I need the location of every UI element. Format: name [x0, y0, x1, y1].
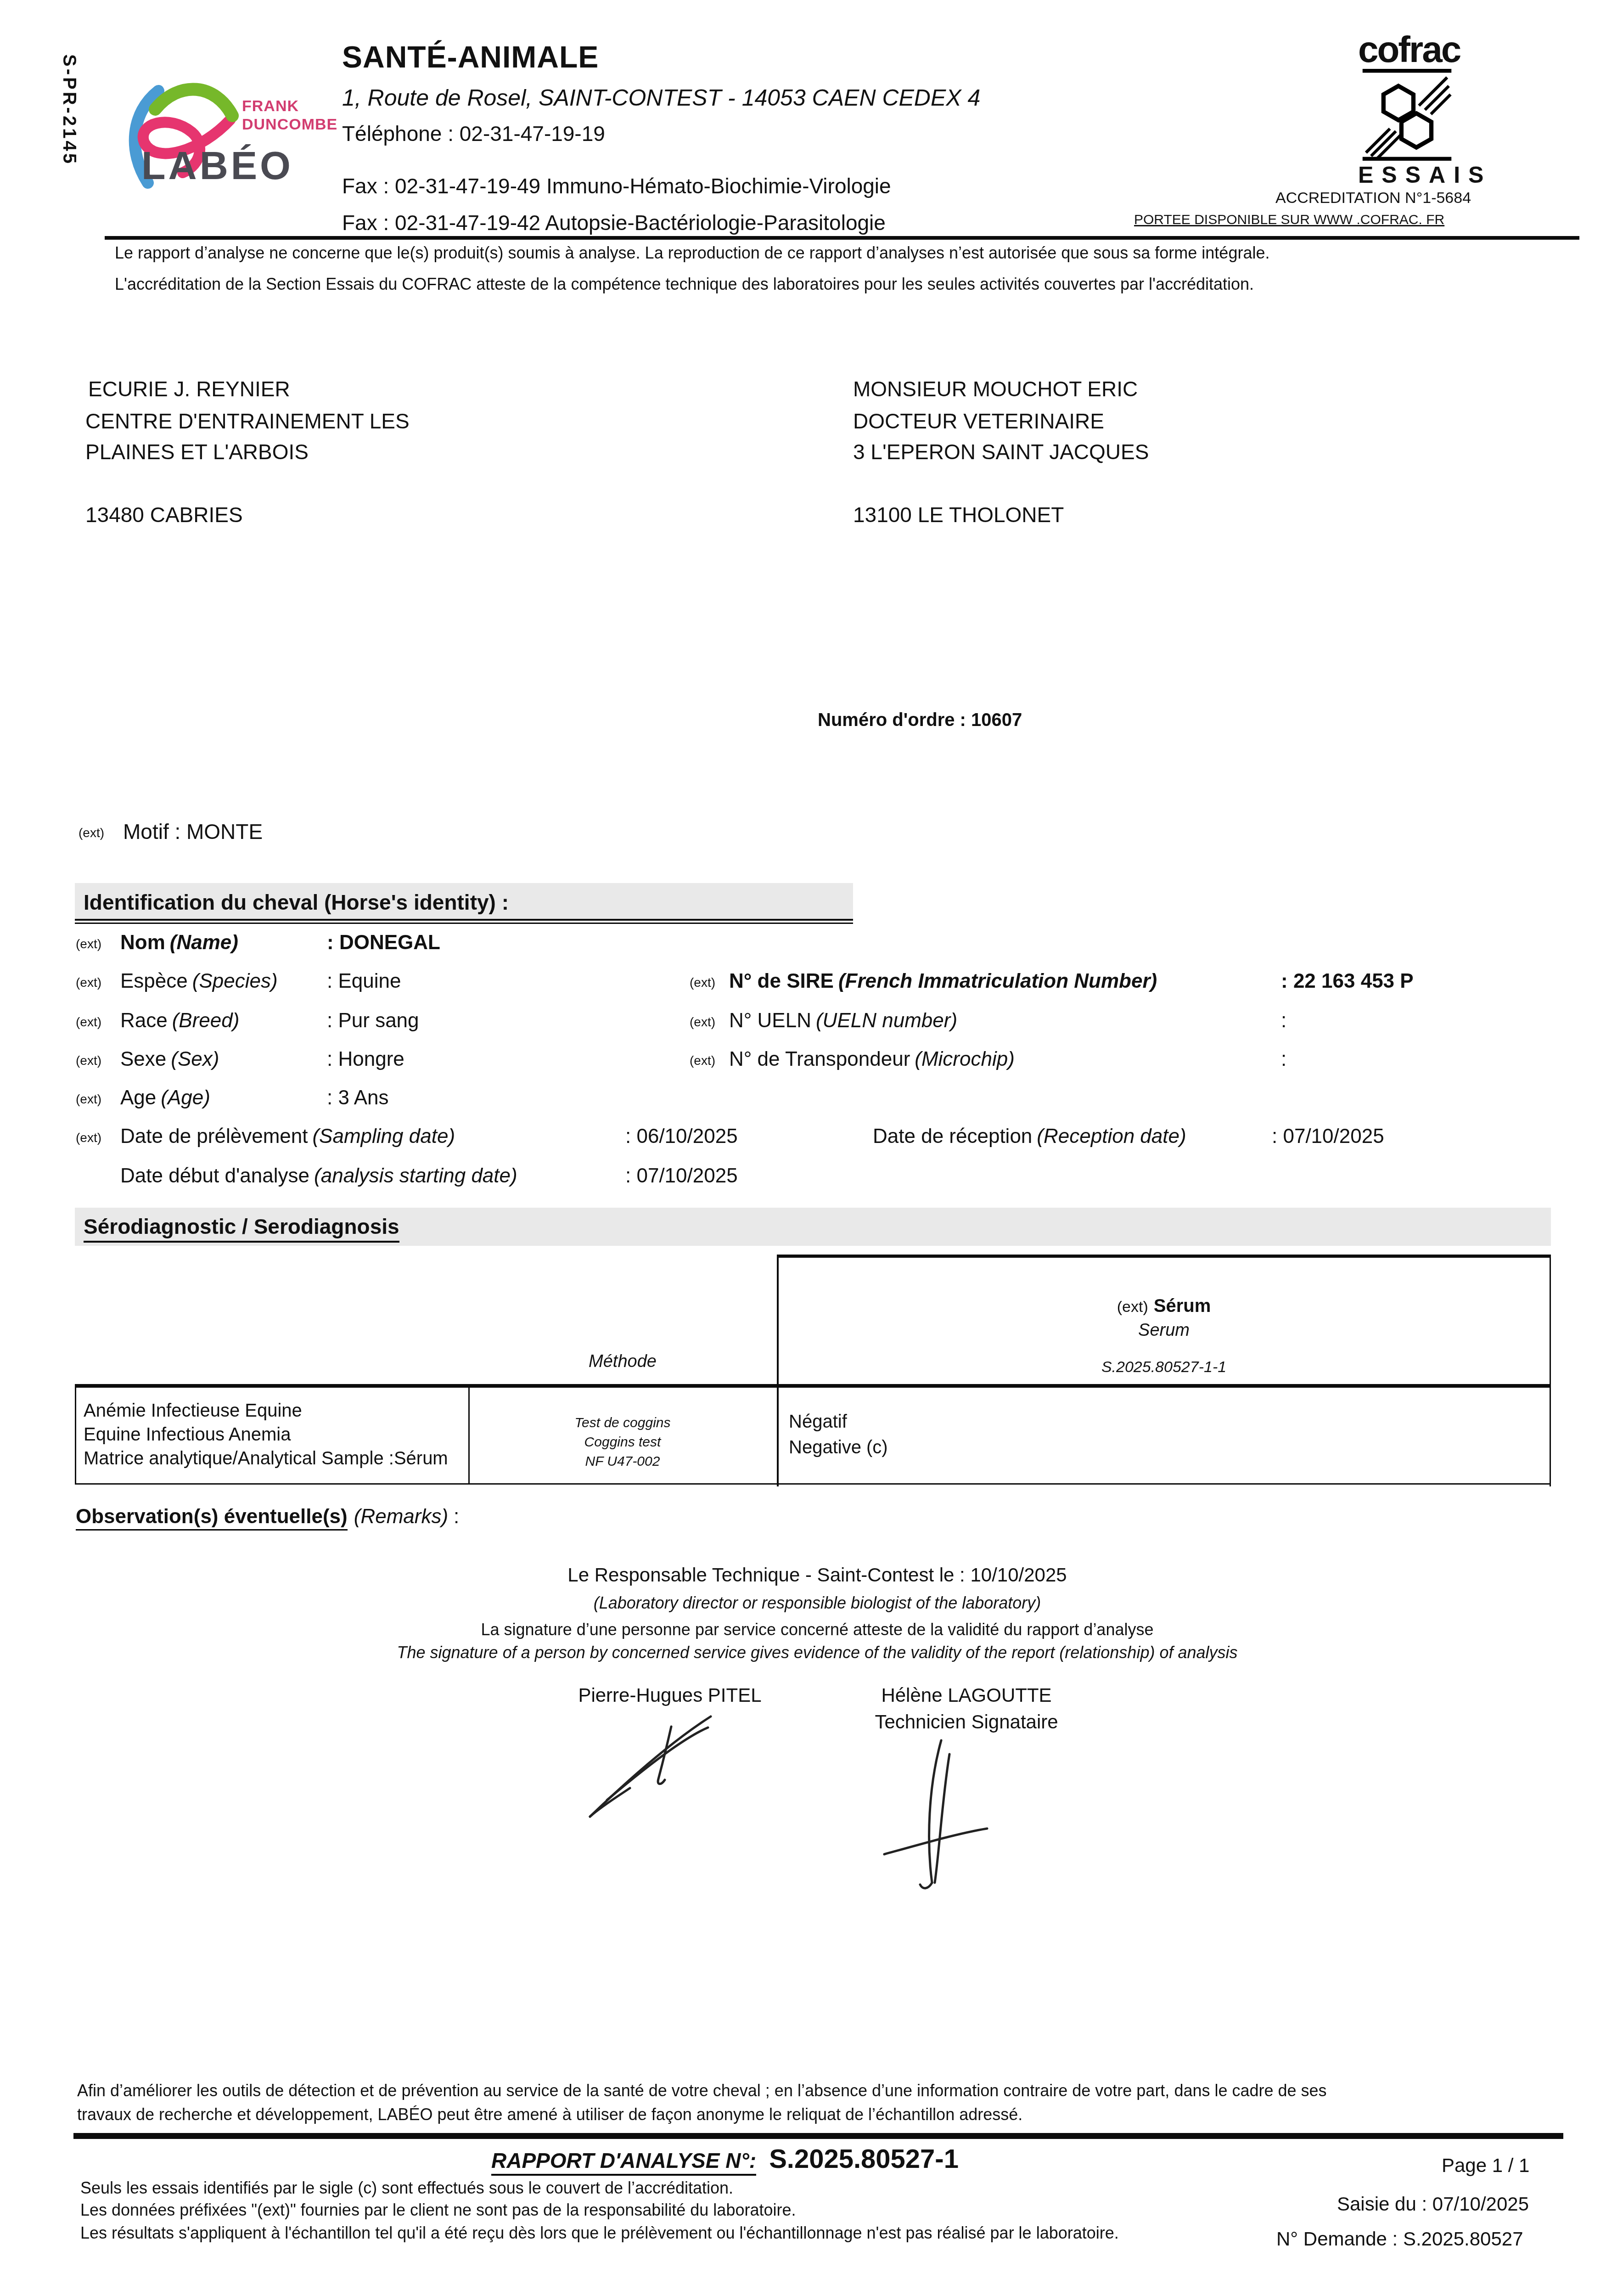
row-sexe-label-fr: Sexe [120, 1048, 166, 1070]
validation-line4: The signature of a person by concerned s… [381, 1643, 1253, 1662]
footer-note-3: Les résultats s'appliquent à l'échantill… [80, 2223, 1119, 2243]
lab-address: 1, Route de Rosel, SAINT-CONTEST - 14053… [342, 84, 980, 111]
recipient-left-line2: CENTRE D'ENTRAINEMENT LES [85, 409, 410, 433]
validation-line3: La signature d’une personne par service … [381, 1620, 1253, 1639]
row-race-value: : Pur sang [327, 1009, 419, 1032]
row-prelevement-label: Date de prélèvement(Sampling date) [120, 1125, 455, 1148]
identification-section-title: Identification du cheval (Horse's identi… [84, 890, 509, 915]
row-sexe-label: Sexe(Sex) [120, 1048, 219, 1071]
page-indicator: Page 1 / 1 [1442, 2155, 1529, 2177]
row-reception-value: : 07/10/2025 [1272, 1125, 1384, 1148]
footer-notice-line2: travaux de recherche et développement, L… [77, 2105, 1022, 2124]
result-fr: Négatif [789, 1412, 847, 1432]
row-sire-label: N° de SIRE(French Immatriculation Number… [729, 970, 1157, 993]
row-sire-value: : 22 163 453 P [1281, 970, 1414, 993]
identification-rule-1 [75, 919, 853, 921]
row-nom-label: Nom(Name) [120, 931, 238, 954]
motif-line: Motif : MONTE [123, 819, 263, 844]
serodiagnostic-section-title: Sérodiagnostic / Serodiagnosis [84, 1214, 399, 1243]
order-number: Numéro d'ordre : 10607 [818, 710, 1022, 731]
ext-tag: (ext) [690, 1053, 715, 1068]
method-name-fr: Test de coggins [468, 1415, 777, 1431]
sample-id: S.2025.80527-1-1 [777, 1358, 1551, 1376]
ext-tag: (ext) [76, 1092, 101, 1107]
footer-notice-line1: Afin d’améliorer les outils de détection… [77, 2081, 1327, 2100]
logo-name: LABÉO [141, 143, 293, 189]
footer-note-1: Seuls les essais identifiés par le sigle… [80, 2178, 733, 2198]
row-debut-value: : 07/10/2025 [625, 1165, 738, 1187]
row-espece-label-fr: Espèce [120, 970, 188, 992]
report-number-value: S.2025.80527-1 [769, 2144, 959, 2174]
row-sexe-value: : Hongre [327, 1048, 404, 1071]
method-reference: NF U47-002 [468, 1454, 777, 1469]
department-title: SANTÉ-ANIMALE [342, 39, 599, 74]
table-bottom-border [75, 1483, 1551, 1485]
request-number: N° Demande : S.2025.80527 [1276, 2228, 1523, 2250]
table-sample-header: (ext)Sérum [777, 1296, 1551, 1317]
row-reception-label-fr: Date de réception [873, 1125, 1032, 1148]
row-transpondeur-label-fr: N° de Transpondeur [729, 1048, 910, 1070]
row-ueln-label-en: (UELN number) [816, 1009, 957, 1032]
validation-line1: Le Responsable Technique - Saint-Contest… [381, 1564, 1253, 1586]
observations-title-line: Observation(s) éventuelle(s)(Remarks): [76, 1505, 459, 1531]
signature-pitel [565, 1710, 730, 1820]
signature-lagoutte [881, 1736, 991, 1892]
ext-tag: (ext) [76, 1053, 101, 1068]
ext-tag: (ext) [76, 975, 101, 990]
accreditation-number: ACCREDITATION N°1-5684 [1275, 189, 1471, 207]
row-nom-label-en: (Name) [170, 931, 238, 954]
row-sire-label-en: (French Immatriculation Number) [838, 970, 1157, 992]
analyte-name-fr: Anémie Infectieuse Equine [84, 1401, 302, 1421]
signer1-name: Pierre-Hugues PITEL [562, 1684, 778, 1706]
method-name-en: Coggins test [468, 1435, 777, 1450]
observations-title-en: (Remarks) [354, 1505, 448, 1528]
cofrac-portee-link: PORTEE DISPONIBLE SUR WWW .COFRAC. FR [1134, 212, 1444, 228]
ext-tag: (ext) [79, 826, 104, 840]
signer2-name: Hélène LAGOUTTE [859, 1684, 1074, 1706]
recipient-right-postal: 13100 LE THOLONET [853, 502, 1064, 527]
row-transpondeur-label: N° de Transpondeur(Microchip) [729, 1048, 1015, 1071]
row-debut-label: Date début d'analyse(analysis starting d… [120, 1165, 517, 1187]
lab-phone: Téléphone : 02-31-47-19-19 [342, 121, 605, 146]
entry-date: Saisie du : 07/10/2025 [1337, 2193, 1529, 2215]
row-nom-value: : DONEGAL [327, 931, 440, 954]
report-number-label: RAPPORT D'ANALYSE N°: [491, 2148, 756, 2176]
recipient-right-line1: MONSIEUR MOUCHOT ERIC [853, 377, 1138, 401]
signer2-role: Technicien Signataire [859, 1711, 1074, 1733]
analyte-name-en: Equine Infectious Anemia [84, 1424, 291, 1445]
result-en: Negative (c) [789, 1437, 888, 1458]
row-sexe-label-en: (Sex) [171, 1048, 219, 1070]
cofrac-hexagons-icon [1360, 69, 1454, 161]
table-header-separator [75, 1384, 1551, 1388]
analyte-matrix: Matrice analytique/Analytical Sample :Sé… [84, 1448, 448, 1469]
observations-title: Observation(s) éventuelle(s) [76, 1505, 348, 1531]
doc-reference-vertical: S-PR-2145 [59, 54, 79, 166]
row-debut-label-fr: Date début d'analyse [120, 1165, 309, 1187]
row-age-label-en: (Age) [161, 1086, 210, 1109]
ext-tag: (ext) [76, 1131, 101, 1145]
lab-fax-1: Fax : 02-31-47-19-49 Immuno-Hémato-Bioch… [342, 174, 891, 198]
cofrac-essais-text: ESSAIS [1358, 162, 1492, 188]
cofrac-logo-text: cofrac [1358, 28, 1460, 71]
footer-rule [73, 2133, 1563, 2139]
row-sire-label-fr: N° de SIRE [729, 970, 834, 992]
row-reception-label-en: (Reception date) [1037, 1125, 1186, 1148]
disclaimer-line-2: L'accréditation de la Section Essais du … [115, 275, 1254, 294]
recipient-left-line3: PLAINES ET L'ARBOIS [85, 439, 309, 464]
identification-rule-2 [75, 923, 853, 924]
report-number-line: RAPPORT D'ANALYSE N°: S.2025.80527-1 [491, 2144, 959, 2176]
row-reception-label: Date de réception(Reception date) [873, 1125, 1186, 1148]
row-prelevement-label-fr: Date de prélèvement [120, 1125, 308, 1148]
validation-line2: (Laboratory director or responsible biol… [381, 1593, 1253, 1613]
row-espece-label: Espèce(Species) [120, 970, 278, 993]
observations-colon: : [454, 1505, 459, 1528]
recipient-right-line3: 3 L'EPERON SAINT JACQUES [853, 439, 1149, 464]
row-race-label-fr: Race [120, 1009, 168, 1032]
sample-name: Sérum [1154, 1296, 1211, 1316]
row-transpondeur-label-en: (Microchip) [915, 1048, 1015, 1070]
row-ueln-label-fr: N° UELN [729, 1009, 811, 1032]
ext-tag: (ext) [1117, 1298, 1148, 1316]
disclaimer-line-1: Le rapport d’analyse ne concerne que le(… [115, 243, 1269, 263]
table-serum-top-border [777, 1255, 1551, 1258]
row-espece-value: : Equine [327, 970, 401, 993]
ext-tag: (ext) [690, 1015, 715, 1030]
logo-brand-bottom: DUNCOMBE [242, 116, 337, 134]
row-race-label-en: (Breed) [172, 1009, 240, 1032]
recipient-left-line1: ECURIE J. REYNIER [88, 377, 290, 401]
row-race-label: Race(Breed) [120, 1009, 239, 1032]
row-debut-label-en: (analysis starting date) [314, 1165, 517, 1187]
row-transpondeur-value: : [1281, 1048, 1286, 1071]
row-ueln-value: : [1281, 1009, 1286, 1032]
row-espece-label-en: (Species) [192, 970, 278, 992]
row-age-label-fr: Age [120, 1086, 156, 1109]
header-rule [105, 236, 1579, 240]
table-methode-header: Méthode [468, 1352, 777, 1372]
row-ueln-label: N° UELN(UELN number) [729, 1009, 957, 1032]
sample-name-en: Serum [777, 1321, 1551, 1340]
row-nom-label-fr: Nom [120, 931, 165, 954]
footer-note-2: Les données préfixées "(ext)" fournies p… [80, 2200, 796, 2220]
logo-brand-top: FRANK [242, 97, 299, 115]
ext-tag: (ext) [690, 975, 715, 990]
table-left-border [75, 1384, 76, 1485]
row-prelevement-value: : 06/10/2025 [625, 1125, 738, 1148]
ext-tag: (ext) [76, 937, 101, 951]
lab-report-page: S-PR-2145 FRANK DUNCOMBE LABÉO SANTÉ-ANI… [0, 0, 1623, 2296]
lab-fax-2: Fax : 02-31-47-19-42 Autopsie-Bactériolo… [342, 210, 886, 235]
row-age-value: : 3 Ans [327, 1086, 389, 1109]
recipient-left-postal: 13480 CABRIES [85, 502, 243, 527]
ext-tag: (ext) [76, 1015, 101, 1030]
recipient-right-line2: DOCTEUR VETERINAIRE [853, 409, 1104, 433]
row-age-label: Age(Age) [120, 1086, 210, 1109]
row-prelevement-label-en: (Sampling date) [312, 1125, 455, 1148]
